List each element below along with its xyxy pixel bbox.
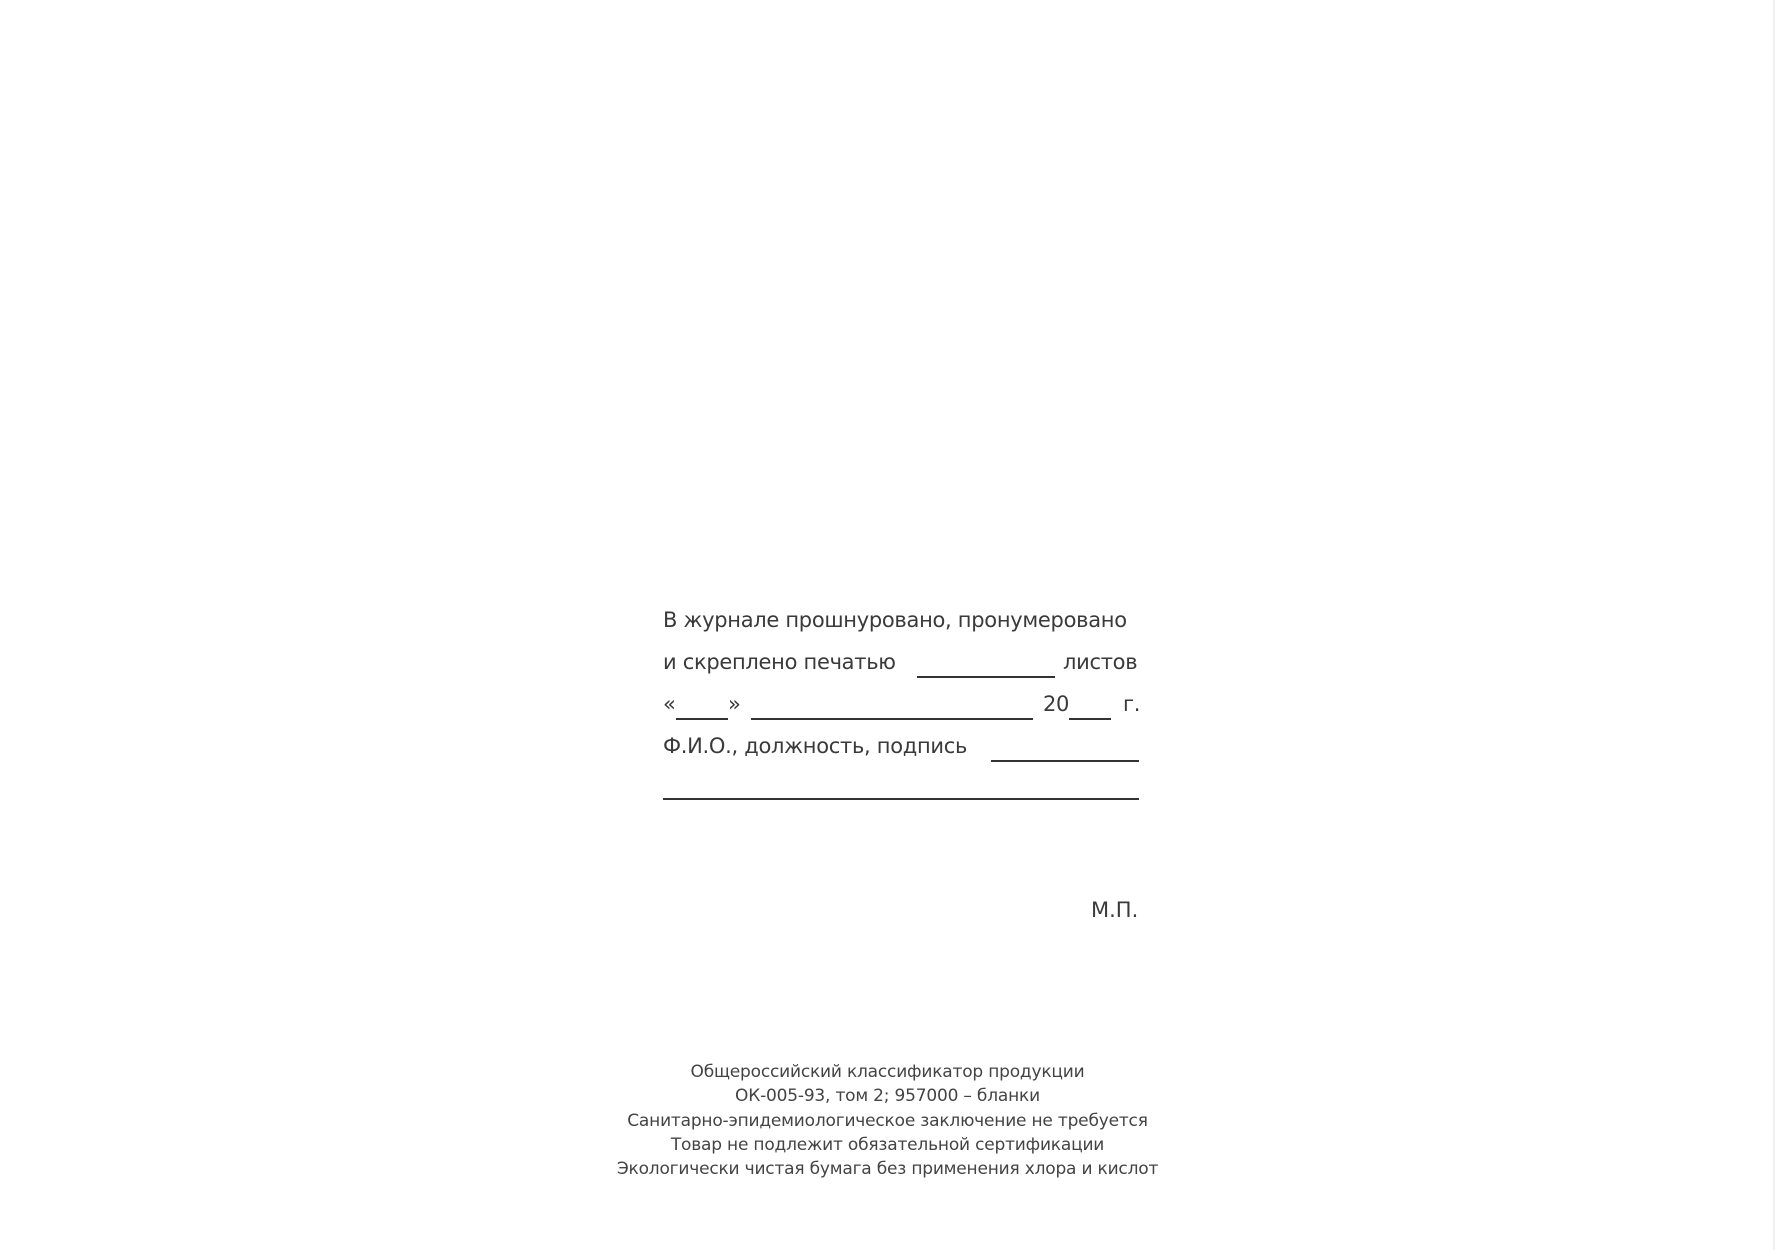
year-prefix: 20 [1043, 692, 1069, 716]
month-field[interactable] [751, 718, 1033, 720]
footer-line: Общероссийский классификатор продукции [0, 1060, 1775, 1084]
stamp-placeholder-label: М.П. [1091, 898, 1138, 922]
footer-line: Товар не подлежит обязательной сертифика… [0, 1133, 1775, 1157]
open-quote: « [663, 692, 676, 716]
signatory-field[interactable] [991, 760, 1139, 762]
laced-numbered-text: В журнале прошнуровано, пронумеровано [663, 608, 1127, 632]
form-line-4: Ф.И.О., должность, подпись [663, 734, 1139, 764]
footer-line: ОК-005-93, том 2; 957000 – бланки [0, 1084, 1775, 1108]
year-suffix: г. [1123, 692, 1140, 716]
day-field[interactable] [676, 718, 728, 720]
year-field[interactable] [1069, 718, 1111, 720]
signatory-field-continuation[interactable] [663, 798, 1139, 800]
sheets-label: листов [1063, 650, 1137, 674]
form-line-1: В журнале прошнуровано, пронумеровано [663, 608, 1139, 638]
form-line-2: и скреплено печатью листов [663, 650, 1139, 680]
form-line-3: « » 20 г. [663, 692, 1139, 722]
signatory-label: Ф.И.О., должность, подпись [663, 734, 967, 758]
close-quote: » [728, 692, 741, 716]
footer-line: Экологически чистая бумага без применени… [0, 1157, 1775, 1181]
footer-notes: Общероссийский классификатор продукции О… [0, 1060, 1775, 1181]
sheet-count-field[interactable] [917, 676, 1055, 678]
footer-line: Санитарно-эпидемиологическое заключение … [0, 1109, 1775, 1133]
sealed-text: и скреплено печатью [663, 650, 896, 674]
